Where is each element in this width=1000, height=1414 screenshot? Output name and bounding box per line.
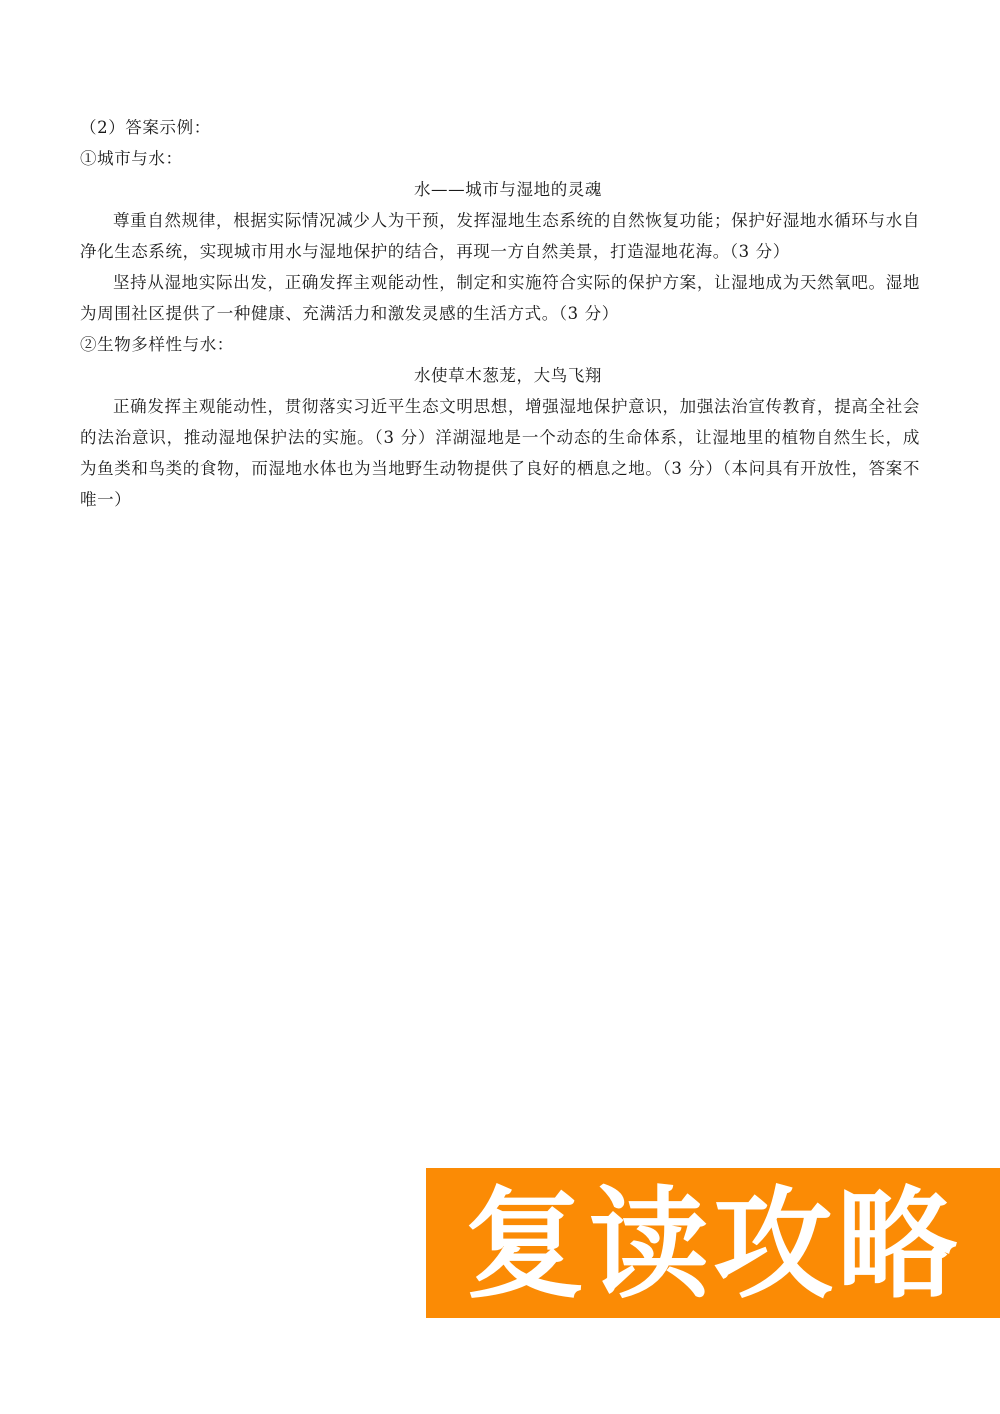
section-2-label: ②生物多样性与水： [80,329,920,360]
section-1-title: 水——城市与湿地的灵魂 [80,174,920,205]
document-body: （2）答案示例： ①城市与水： 水——城市与湿地的灵魂 尊重自然规律，根据实际情… [80,112,920,515]
answer-heading: （2）答案示例： [80,112,920,143]
section-1-label: ①城市与水： [80,143,920,174]
section-1-paragraph-1: 尊重自然规律，根据实际情况减少人为干预，发挥湿地生态系统的自然恢复功能；保护好湿… [80,205,920,267]
watermark-banner-text: 复读攻略 [465,1180,961,1306]
section-2-title: 水使草木葱茏，大鸟飞翔 [80,360,920,391]
section-1-paragraph-2: 坚持从湿地实际出发，正确发挥主观能动性，制定和实施符合实际的保护方案，让湿地成为… [80,267,920,329]
watermark-banner: 复读攻略 [426,1168,1000,1318]
section-2-paragraph-1: 正确发挥主观能动性，贯彻落实习近平生态文明思想，增强湿地保护意识，加强法治宣传教… [80,391,920,515]
